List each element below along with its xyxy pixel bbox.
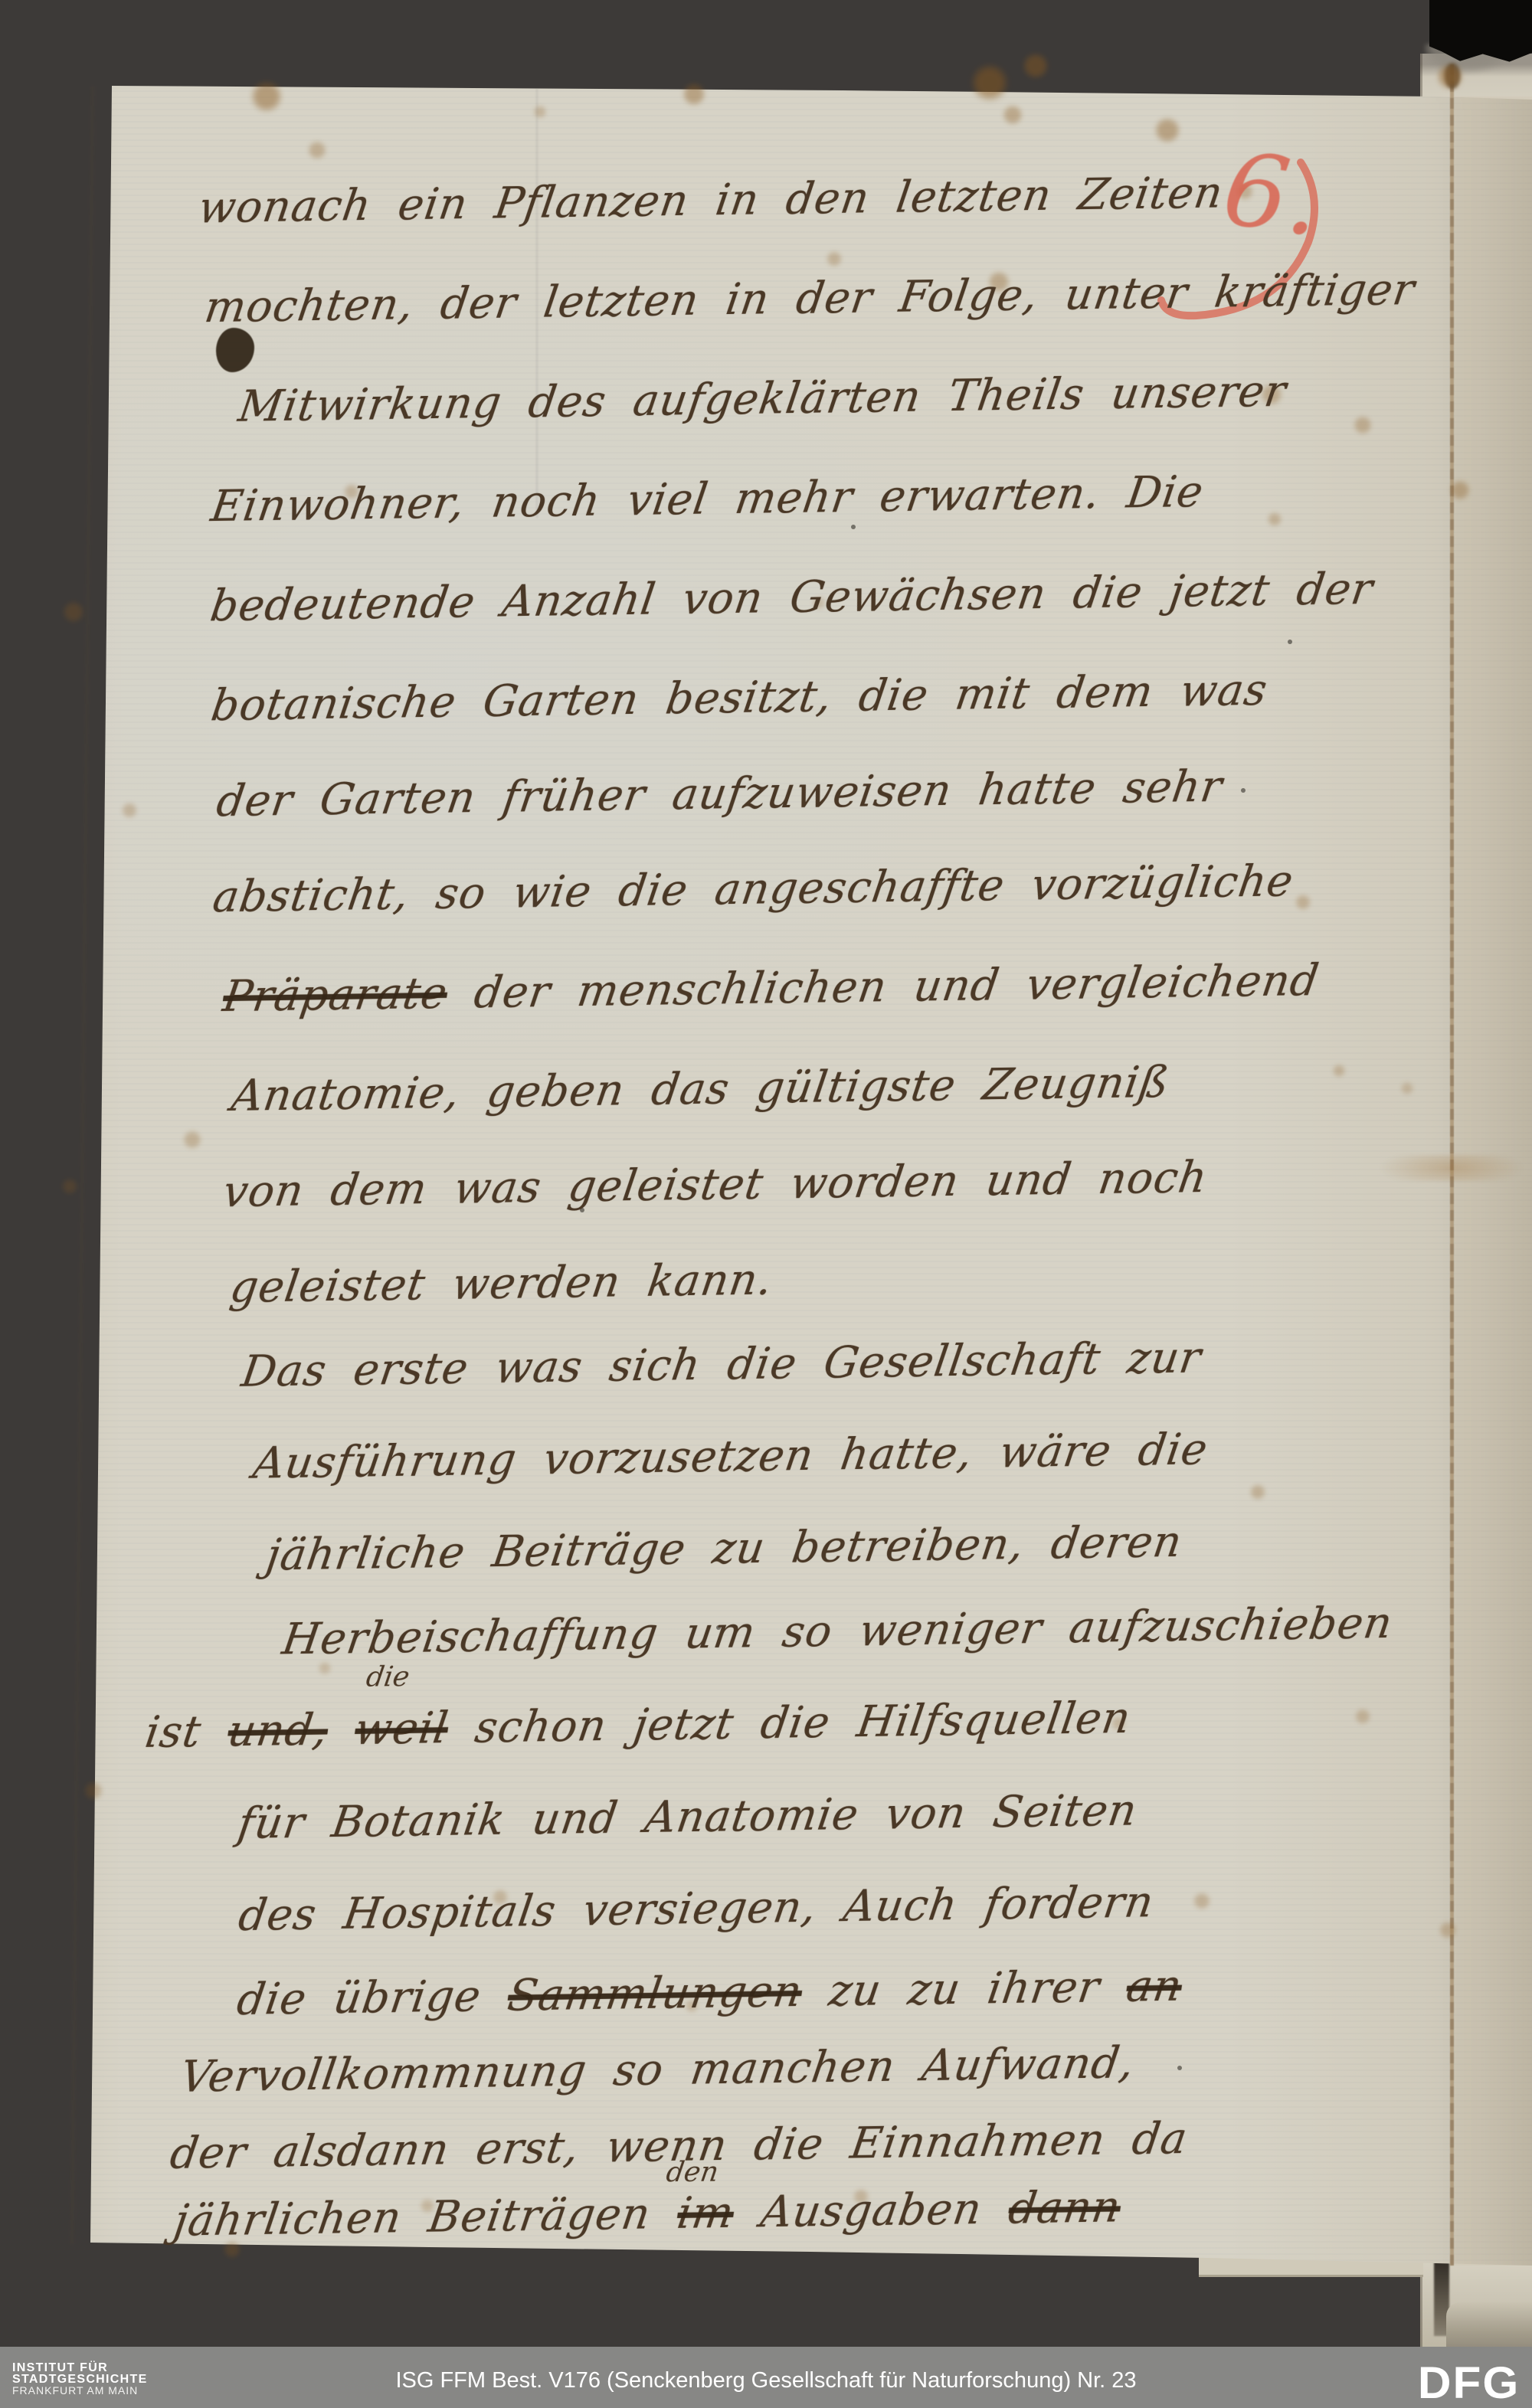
scan-canvas: 6. wonach ein Pflanzen in den letzten Ze… [0,0,1532,2408]
manuscript-line: Vervollkommnung so manchen Aufwand, [177,2038,1138,2102]
manuscript-text: wonach ein Pflanzen in den letzten Zeite… [0,0,1532,2408]
inserted-word: den [664,2156,721,2188]
inserted-word: die [364,1661,411,1693]
manuscript-line: ist und, weil schon jetzt die Hilfsquell… [142,1693,1134,1758]
manuscript-line: bedeutende Anzahl von Gewächsen die jetz… [208,564,1377,632]
archive-caption: ISG FFM Best. V176 (Senckenberg Gesellsc… [0,2368,1532,2393]
manuscript-line: des Hospitals versiegen, Auch fordern [235,1877,1157,1941]
manuscript-line: jährliche Beiträge zu betreiben, deren [263,1517,1185,1581]
manuscript-line: mochten, der letzten in der Folge, unter… [201,265,1418,332]
manuscript-line: Ausführung vorzusetzen hatte, wäre die [250,1425,1211,1489]
manuscript-line: Herbeischaffung um so weniger aufzuschie… [279,1598,1396,1665]
manuscript-line: Präparate der menschlichen und vergleich… [220,956,1322,1022]
manuscript-line: Mitwirkung des aufgeklärten Theils unser… [235,367,1289,432]
manuscript-line: geleistet werden kann. [227,1255,776,1313]
manuscript-line: absticht, so wie die angeschaffte vorzüg… [210,856,1297,922]
manuscript-line: Anatomie, geben das gültigste Zeugniß [228,1058,1172,1121]
manuscript-line: wonach ein Pflanzen in den letzten Zeite… [195,168,1226,233]
manuscript-line: die übrige Sammlungen zu zu ihrer an [234,1961,1185,2025]
manuscript-line: jährlichen Beiträgen im Ausgaben dann [171,2182,1124,2246]
manuscript-line: der Garten früher aufzuweisen hatte sehr [214,762,1226,827]
manuscript-line: Einwohner, noch viel mehr erwarten. Die [208,467,1206,532]
manuscript-line: botanische Garten besitzt, die mit dem w… [208,666,1271,731]
dfg-logo: DFG [1417,2357,1520,2408]
manuscript-line: von dem was geleistet worden und noch [220,1153,1210,1217]
manuscript-line: Das erste was sich die Gesellschaft zur [238,1333,1204,1397]
manuscript-line: für Botanik und Anatomie von Seiten [234,1785,1140,1848]
